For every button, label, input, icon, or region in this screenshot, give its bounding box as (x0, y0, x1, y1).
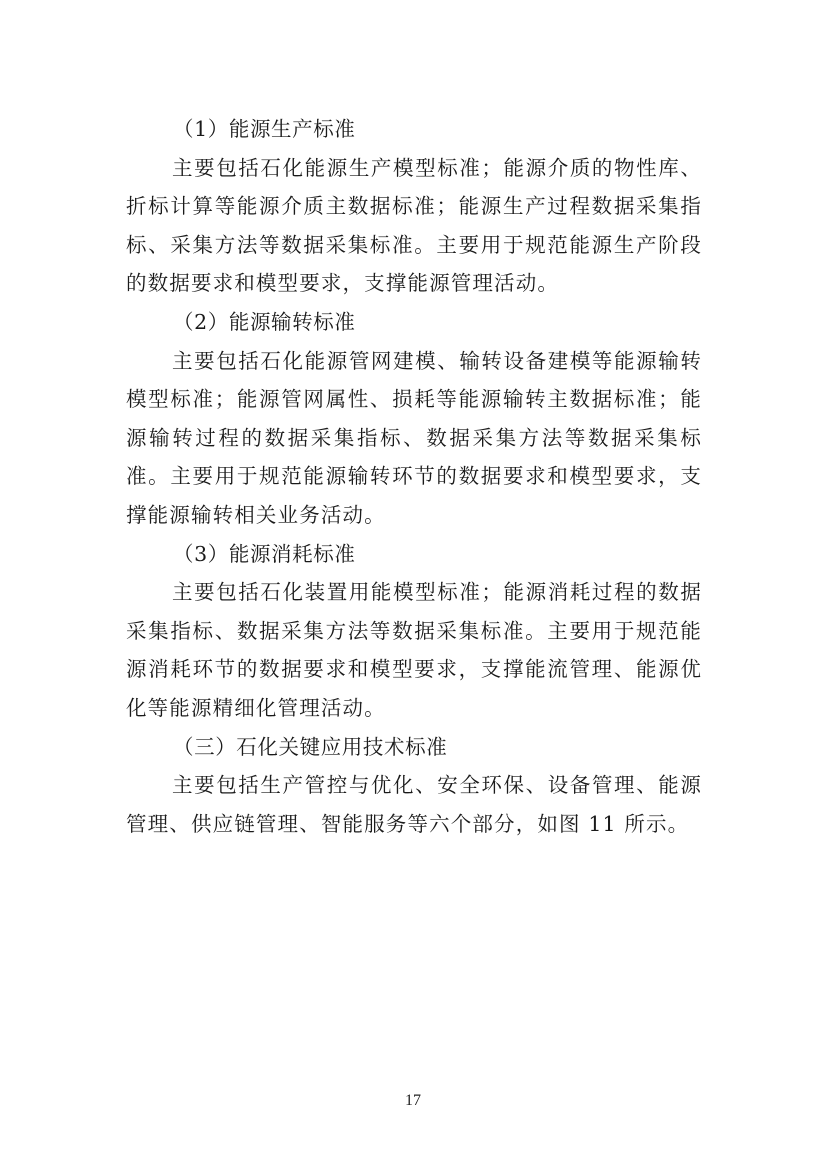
paragraph-line: 的数据要求和模型要求，支撑能源管理活动。 (126, 264, 702, 303)
paragraph-line: 主要包括石化能源管网建模、输转设备建模等能源输转 (126, 342, 702, 381)
paragraph-line: 折标计算等能源介质主数据标准；能源生产过程数据采集指 (126, 187, 702, 226)
paragraph-line: 主要包括生产管控与优化、安全环保、设备管理、能源 (126, 766, 702, 805)
paragraph-line: 准。主要用于规范能源输转环节的数据要求和模型要求，支 (126, 457, 702, 496)
paragraph-line: 源输转过程的数据采集指标、数据采集方法等数据采集标 (126, 419, 702, 458)
paragraph-line: 标、采集方法等数据采集标准。主要用于规范能源生产阶段 (126, 226, 702, 265)
paragraph-line: 采集指标、数据采集方法等数据采集标准。主要用于规范能 (126, 612, 702, 651)
document-body: （1）能源生产标准 主要包括石化能源生产模型标准；能源介质的物性库、 折标计算等… (126, 110, 702, 843)
paragraph-line: 化等能源精细化管理活动。 (126, 689, 702, 728)
section-heading: （2）能源输转标准 (126, 303, 702, 342)
paragraph-line: 撑能源输转相关业务活动。 (126, 496, 702, 535)
paragraph-line: 管理、供应链管理、智能服务等六个部分，如图 11 所示。 (126, 805, 702, 844)
section-heading: （三）石化关键应用技术标准 (126, 728, 702, 767)
paragraph-line: 主要包括石化能源生产模型标准；能源介质的物性库、 (126, 149, 702, 188)
section-heading: （3）能源消耗标准 (126, 535, 702, 574)
paragraph-line: 模型标准；能源管网属性、损耗等能源输转主数据标准；能 (126, 380, 702, 419)
paragraph-line: 主要包括石化装置用能模型标准；能源消耗过程的数据 (126, 573, 702, 612)
section-heading: （1）能源生产标准 (126, 110, 702, 149)
page-number: 17 (0, 1092, 826, 1110)
paragraph-line: 源消耗环节的数据要求和模型要求，支撑能流管理、能源优 (126, 650, 702, 689)
